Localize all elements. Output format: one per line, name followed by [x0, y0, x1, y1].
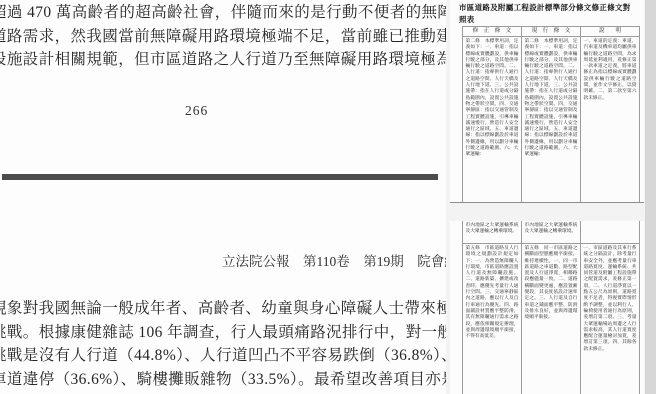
gazette-header: 立法院公報 第110卷 第19期 院會紀錄	[222, 250, 446, 270]
table-row: 第五條 市區道路及人行環境之規劃設計規定如下：一、為營造無障礙人行環境，市區道路…	[463, 244, 639, 394]
page-separator-bar	[2, 174, 438, 180]
left-document-page: 超過 470 萬高齡者的超高齡社會，伴隨而來的是行動不便者的無障礙環境需 道路需…	[0, 0, 446, 394]
bottom-paragraph-line: 現象對我國無論一般成年者、高齡者、幼童與身心障礙人士帶來極大用路挑	[0, 297, 446, 321]
top-paragraph: 超過 470 萬高齡者的超高齡社會，伴隨而來的是行動不便者的無障礙環境需 道路需…	[0, 1, 446, 72]
bottom-paragraph-line: 挑戰是沒有人行道（44.8%）、人行道凹凸不平容易跌倒（36.8%）、汽機車	[0, 344, 446, 368]
comparison-table-page-1: 市區道路及附屬工程設計標準部分條文修正條文對 照表 修 正 條 文 現 行 條 …	[450, 0, 644, 203]
top-paragraph-line: 超過 470 萬高齡者的超高齡社會，伴隨而來的是行動不便者的無障礙環境需	[0, 1, 446, 25]
cell-explanation: 一、市區道路及其車行系統之分隔設計，除考量行車安全外，並應考量行車道路寬度、運輸…	[581, 244, 639, 394]
scrollbar[interactable]	[645, 0, 656, 394]
table-row: 第二條 本標準用詞，定義如下：一、車道：指以標線或實體劃設，供車輛行駛之部分，及…	[463, 37, 639, 202]
cell-current-provision: 市內地區之大眾運輸系統及大眾運輸之轉乘環境。	[522, 221, 581, 243]
cell-explanation: 一、車道的定義：車道、汽車道及機車道均屬供車輛行駛之道路空間，為求周延並利適用，…	[581, 37, 639, 202]
comparison-table-continued: 市內地區之大眾運輸系統及大眾運輸之轉乘環境。 市內地區之大眾運輸系統及大眾運輸之…	[462, 221, 640, 394]
table-title: 市區道路及附屬工程設計標準部分條文修正條文對 照表	[459, 2, 643, 25]
bottom-paragraph-line: 車道違停（36.6%）、騎樓攤販雜物（33.5%）。最希望改善項目亦是前者	[0, 368, 446, 392]
cell-amended-provision: 第五條 市區道路及人行環境之規劃設計規定如下：一、為營造無障礙人行環境，市區道路…	[463, 244, 522, 394]
top-paragraph-line: 設施設計相關規範，但市區道路之人行道乃至無障礙用路環境極為短缺，	[0, 48, 446, 72]
cell-amended-provision: 第二條 本標準用詞，定義如下：一、車道：指以標線或實體劃設，供車輛行駛之部分，及…	[463, 37, 522, 202]
column-header-explanation: 說 明	[581, 27, 639, 36]
cell-amended-provision: 市內地區之大眾運輸系統及大眾運輸之轉乘環境。	[463, 221, 522, 243]
right-document-panel: 市區道路及附屬工程設計標準部分條文修正條文對 照表 修 正 條 文 現 行 條 …	[446, 0, 656, 394]
column-header-amended: 修 正 條 文	[463, 27, 522, 36]
column-header-current: 現 行 條 文	[522, 27, 581, 36]
table-title-line: 市區道路及附屬工程設計標準部分條文修正條文對	[459, 2, 643, 14]
comparison-table-page-2: 市內地區之大眾運輸系統及大眾運輸之轉乘環境。 市內地區之大眾運輸系統及大眾運輸之…	[450, 221, 644, 394]
comparison-table: 修 正 條 文 現 行 條 文 說 明 第二條 本標準用詞，定義如下：一、車道：…	[462, 26, 640, 202]
table-title-line: 照表	[459, 14, 643, 26]
bottom-paragraph-line: 挑戰。根據康健雜誌 106 年調查，行人最頭痛路況排行中，對一般行人最大挑	[0, 321, 446, 345]
bottom-paragraph: 現象對我國無論一般成年者、高齡者、幼童與身心障礙人士帶來極大用路挑 挑戰。根據康…	[0, 297, 446, 391]
cell-current-provision: 第五條 同一市區道路之橫斷面型態應順平銜接，維持連續性。一、同一市區道路之車道數…	[522, 244, 581, 394]
top-paragraph-line: 道路需求，然我國當前無障礙用路環境極端不足，當前雖已推動建築物無障礙	[0, 25, 446, 49]
page-number: 266	[185, 103, 208, 119]
table-row: 市內地區之大眾運輸系統及大眾運輸之轉乘環境。 市內地區之大眾運輸系統及大眾運輸之…	[463, 221, 639, 244]
cell-current-provision: 第二條 本標準用詞，定義如下：一、車道：指以標線或實體劃設，供車輛行駛之部分，及…	[522, 37, 581, 202]
table-header-row: 修 正 條 文 現 行 條 文 說 明	[463, 27, 639, 37]
cell-explanation	[581, 221, 639, 243]
